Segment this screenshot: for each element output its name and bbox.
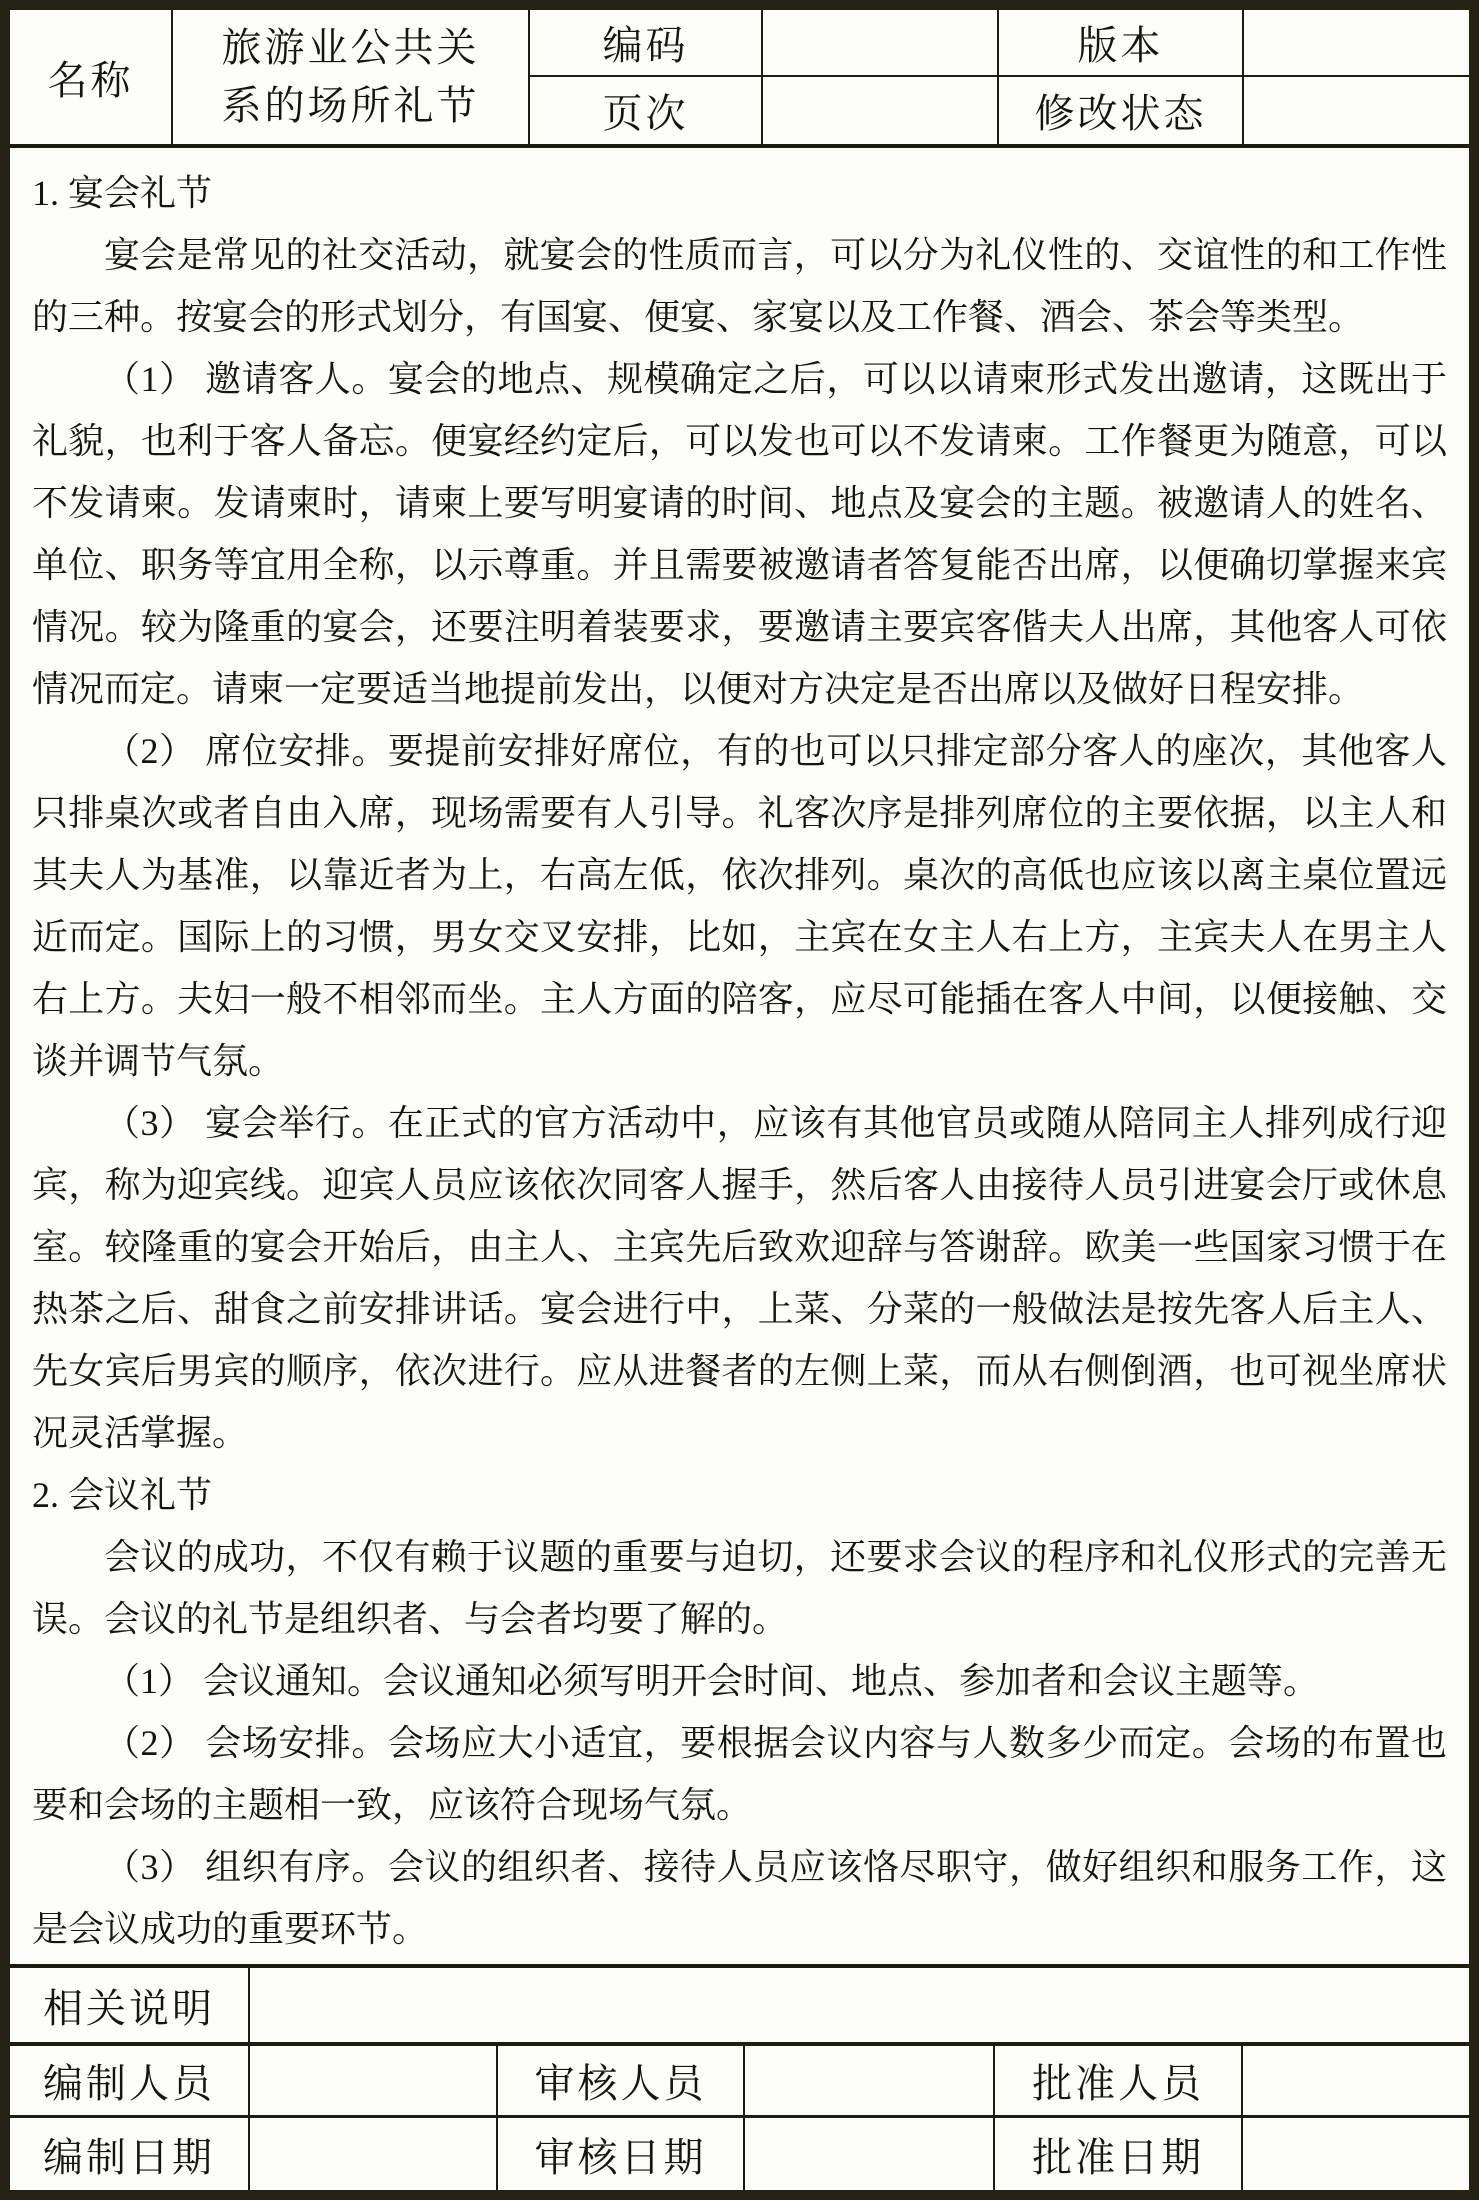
version-label-cell: 版本 xyxy=(999,10,1244,77)
section-heading: 2. 会议礼节 xyxy=(32,1464,1447,1526)
prepared-date-value-cell xyxy=(250,2118,498,2190)
document-title-cell: 旅游业公共关 系的场所礼节 xyxy=(173,10,530,144)
document-title-line-2: 系的场所礼节 xyxy=(221,77,479,135)
prepared-by-label-cell: 编制人员 xyxy=(10,2046,250,2118)
paragraph: （1） 邀请客人。宴会的地点、规模确定之后，可以以请柬形式发出邀请，这既出于礼貌… xyxy=(32,348,1447,720)
related-notes-label-cell: 相关说明 xyxy=(10,1968,250,2042)
version-value-cell xyxy=(1244,10,1469,77)
prepared-by-value-cell xyxy=(250,2046,498,2118)
document-page: 名称 旅游业公共关 系的场所礼节 编码 版本 页次 修改状态 1. 宴会礼节 宴… xyxy=(0,0,1479,2200)
approved-by-label-cell: 批准人员 xyxy=(995,2046,1243,2118)
related-notes-row: 相关说明 xyxy=(10,1968,1469,2046)
prepared-date-label-cell: 编制日期 xyxy=(10,2118,250,2190)
section-heading: 1. 宴会礼节 xyxy=(32,162,1447,224)
page-number-value-cell xyxy=(763,77,999,144)
code-label-cell: 编码 xyxy=(530,10,763,77)
reviewed-by-label-cell: 审核人员 xyxy=(498,2046,745,2118)
paragraph: 会议的成功，不仅有赖于议题的重要与迫切，还要求会议的程序和礼仪形式的完善无误。会… xyxy=(32,1526,1447,1650)
paragraph: 宴会是常见的社交活动，就宴会的性质而言，可以分为礼仪性的、交谊性的和工作性的三种… xyxy=(32,224,1447,348)
signature-table: 编制人员 审核人员 批准人员 编制日期 审核日期 批准日期 xyxy=(10,2046,1469,2190)
paragraph: （1） 会议通知。会议通知必须写明开会时间、地点、参加者和会议主题等。 xyxy=(32,1650,1447,1712)
paragraph: （2） 会场安排。会场应大小适宜，要根据会议内容与人数多少而定。会场的布置也要和… xyxy=(32,1712,1447,1836)
header-table: 名称 旅游业公共关 系的场所礼节 编码 版本 页次 修改状态 xyxy=(10,10,1469,148)
page-number-label-cell: 页次 xyxy=(530,77,763,144)
revision-status-value-cell xyxy=(1244,77,1469,144)
document-body: 1. 宴会礼节 宴会是常见的社交活动，就宴会的性质而言，可以分为礼仪性的、交谊性… xyxy=(10,148,1469,1968)
code-value-cell xyxy=(763,10,999,77)
name-label-cell: 名称 xyxy=(10,10,173,144)
review-date-label-cell: 审核日期 xyxy=(498,2118,745,2190)
revision-status-label-cell: 修改状态 xyxy=(999,77,1244,144)
approved-by-value-cell xyxy=(1243,2046,1469,2118)
paragraph: （3） 组织有序。会议的组织者、接待人员应该恪尽职守，做好组织和服务工作，这是会… xyxy=(32,1836,1447,1960)
approval-date-label-cell: 批准日期 xyxy=(995,2118,1243,2190)
review-date-value-cell xyxy=(745,2118,995,2190)
related-notes-value-cell xyxy=(250,1968,1469,2042)
reviewed-by-value-cell xyxy=(745,2046,995,2118)
paragraph: （3） 宴会举行。在正式的官方活动中，应该有其他官员或随从陪同主人排列成行迎宾，… xyxy=(32,1092,1447,1464)
approval-date-value-cell xyxy=(1243,2118,1469,2190)
document-title-line-1: 旅游业公共关 xyxy=(221,19,479,77)
paragraph: （2） 席位安排。要提前安排好席位，有的也可以只排定部分客人的座次，其他客人只排… xyxy=(32,720,1447,1092)
